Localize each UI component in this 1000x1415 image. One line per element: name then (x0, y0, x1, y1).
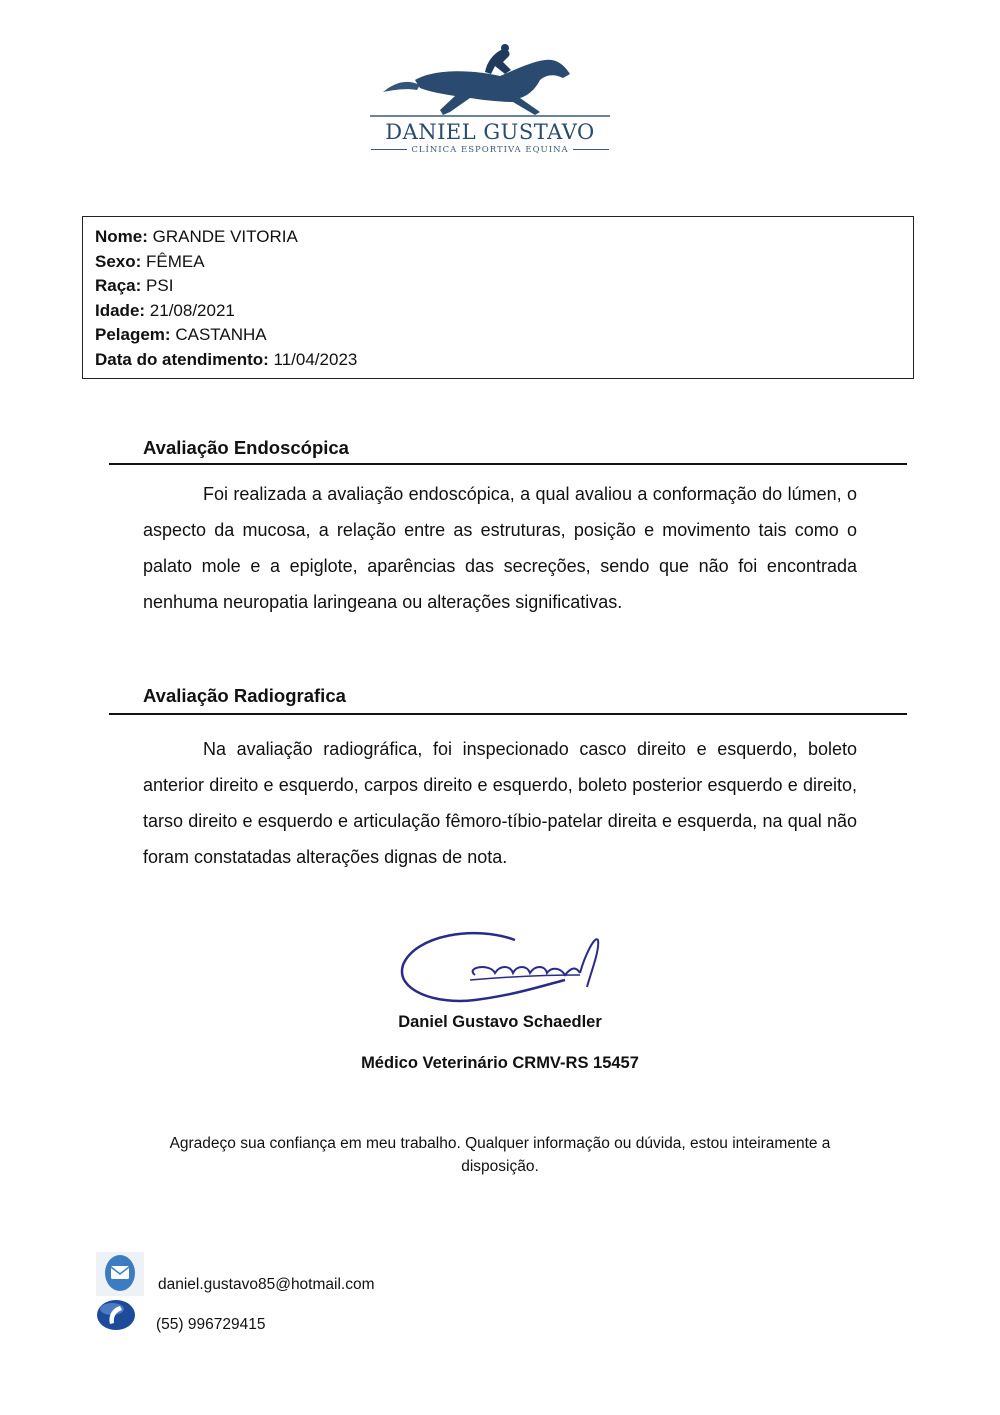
clinic-logo: DANIEL GUSTAVO CLÍNICA ESPORTIVA EQUINA (365, 40, 615, 160)
email-text[interactable]: daniel.gustavo85@hotmail.com (158, 1276, 375, 1294)
closing-message: Agradeço sua confiança em meu trabalho. … (140, 1132, 860, 1178)
signature (395, 925, 610, 1015)
patient-age: Idade: 21/08/2021 (95, 299, 901, 324)
signer-title: Médico Veterinário CRMV-RS 15457 (0, 1054, 1000, 1073)
patient-coat: Pelagem: CASTANHA (95, 323, 901, 348)
phone-icon (96, 1298, 136, 1332)
section-title-endoscopic: Avaliação Endoscópica (143, 437, 349, 459)
logo-title: DANIEL GUSTAVO (365, 120, 615, 144)
section-divider (109, 713, 907, 715)
section-text-endoscopic: Foi realizada a avaliação endoscópica, a… (143, 476, 857, 620)
email-icon (96, 1252, 144, 1296)
patient-info-box: Nome: GRANDE VITORIA Sexo: FÊMEA Raça: P… (82, 216, 914, 379)
signature-scribble-icon (395, 925, 610, 1010)
racehorse-jockey-icon (365, 40, 615, 120)
patient-name: Nome: GRANDE VITORIA (95, 225, 901, 250)
phone-text[interactable]: (55) 996729415 (156, 1316, 265, 1334)
patient-breed: Raça: PSI (95, 274, 901, 299)
contact-email: daniel.gustavo85@hotmail.com (96, 1252, 375, 1296)
section-text-radiographic: Na avaliação radiográfica, foi inspecion… (143, 731, 857, 875)
logo-subtitle: CLÍNICA ESPORTIVA EQUINA (365, 145, 615, 155)
patient-sex: Sexo: FÊMEA (95, 250, 901, 275)
section-divider (109, 463, 907, 465)
appointment-date: Data do atendimento: 11/04/2023 (95, 348, 901, 373)
section-title-radiographic: Avaliação Radiografica (143, 685, 346, 707)
contact-phone: (55) 996729415 (96, 1296, 265, 1334)
signer-name: Daniel Gustavo Schaedler (0, 1013, 1000, 1032)
